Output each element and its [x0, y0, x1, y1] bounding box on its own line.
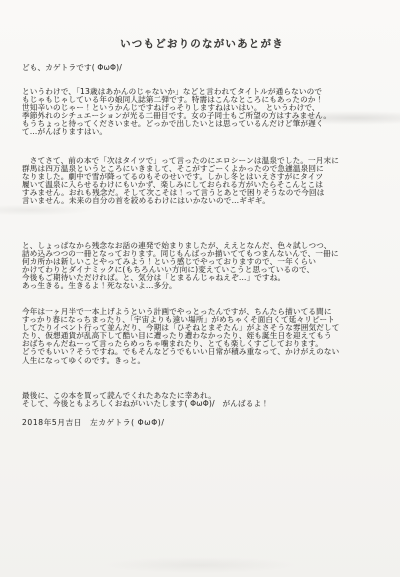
paragraph-2: さてさて、前の本で「次はタイツで」って言ったのにエロシーンは温泉でした。一月末に… [22, 157, 382, 206]
paragraph-1: というわけで、「13歳はあかんのじゃないか」などと言われてタイトルが通らないので… [22, 88, 382, 137]
page-title: いつもどおりのながいあとがき [22, 38, 382, 50]
paragraph-4: 今年は一ヶ月半で一本上げようという計画でやっとったんですが、ちんたら描いてる間に… [22, 308, 382, 365]
greeting-line: ども、カゲトラです( ΦωΦ)/ [22, 64, 382, 72]
closing-lines: 最後に、この本を買って読んでくれたあなたに幸あれ。 そして、今後ともよろしくおね… [22, 392, 382, 408]
afterword-page: いつもどおりのながいあとがき ども、カゲトラです( ΦωΦ)/ というわけで、「… [0, 0, 400, 577]
date-signature-line: 2018年5月吉日 左カゲトラ( ΦωΦ)/ [22, 419, 382, 427]
paragraph-3: と、しょっぱなから残念なお話の連発で始まりましたが、ええとなんだ、色々試しつつ、… [22, 242, 382, 291]
